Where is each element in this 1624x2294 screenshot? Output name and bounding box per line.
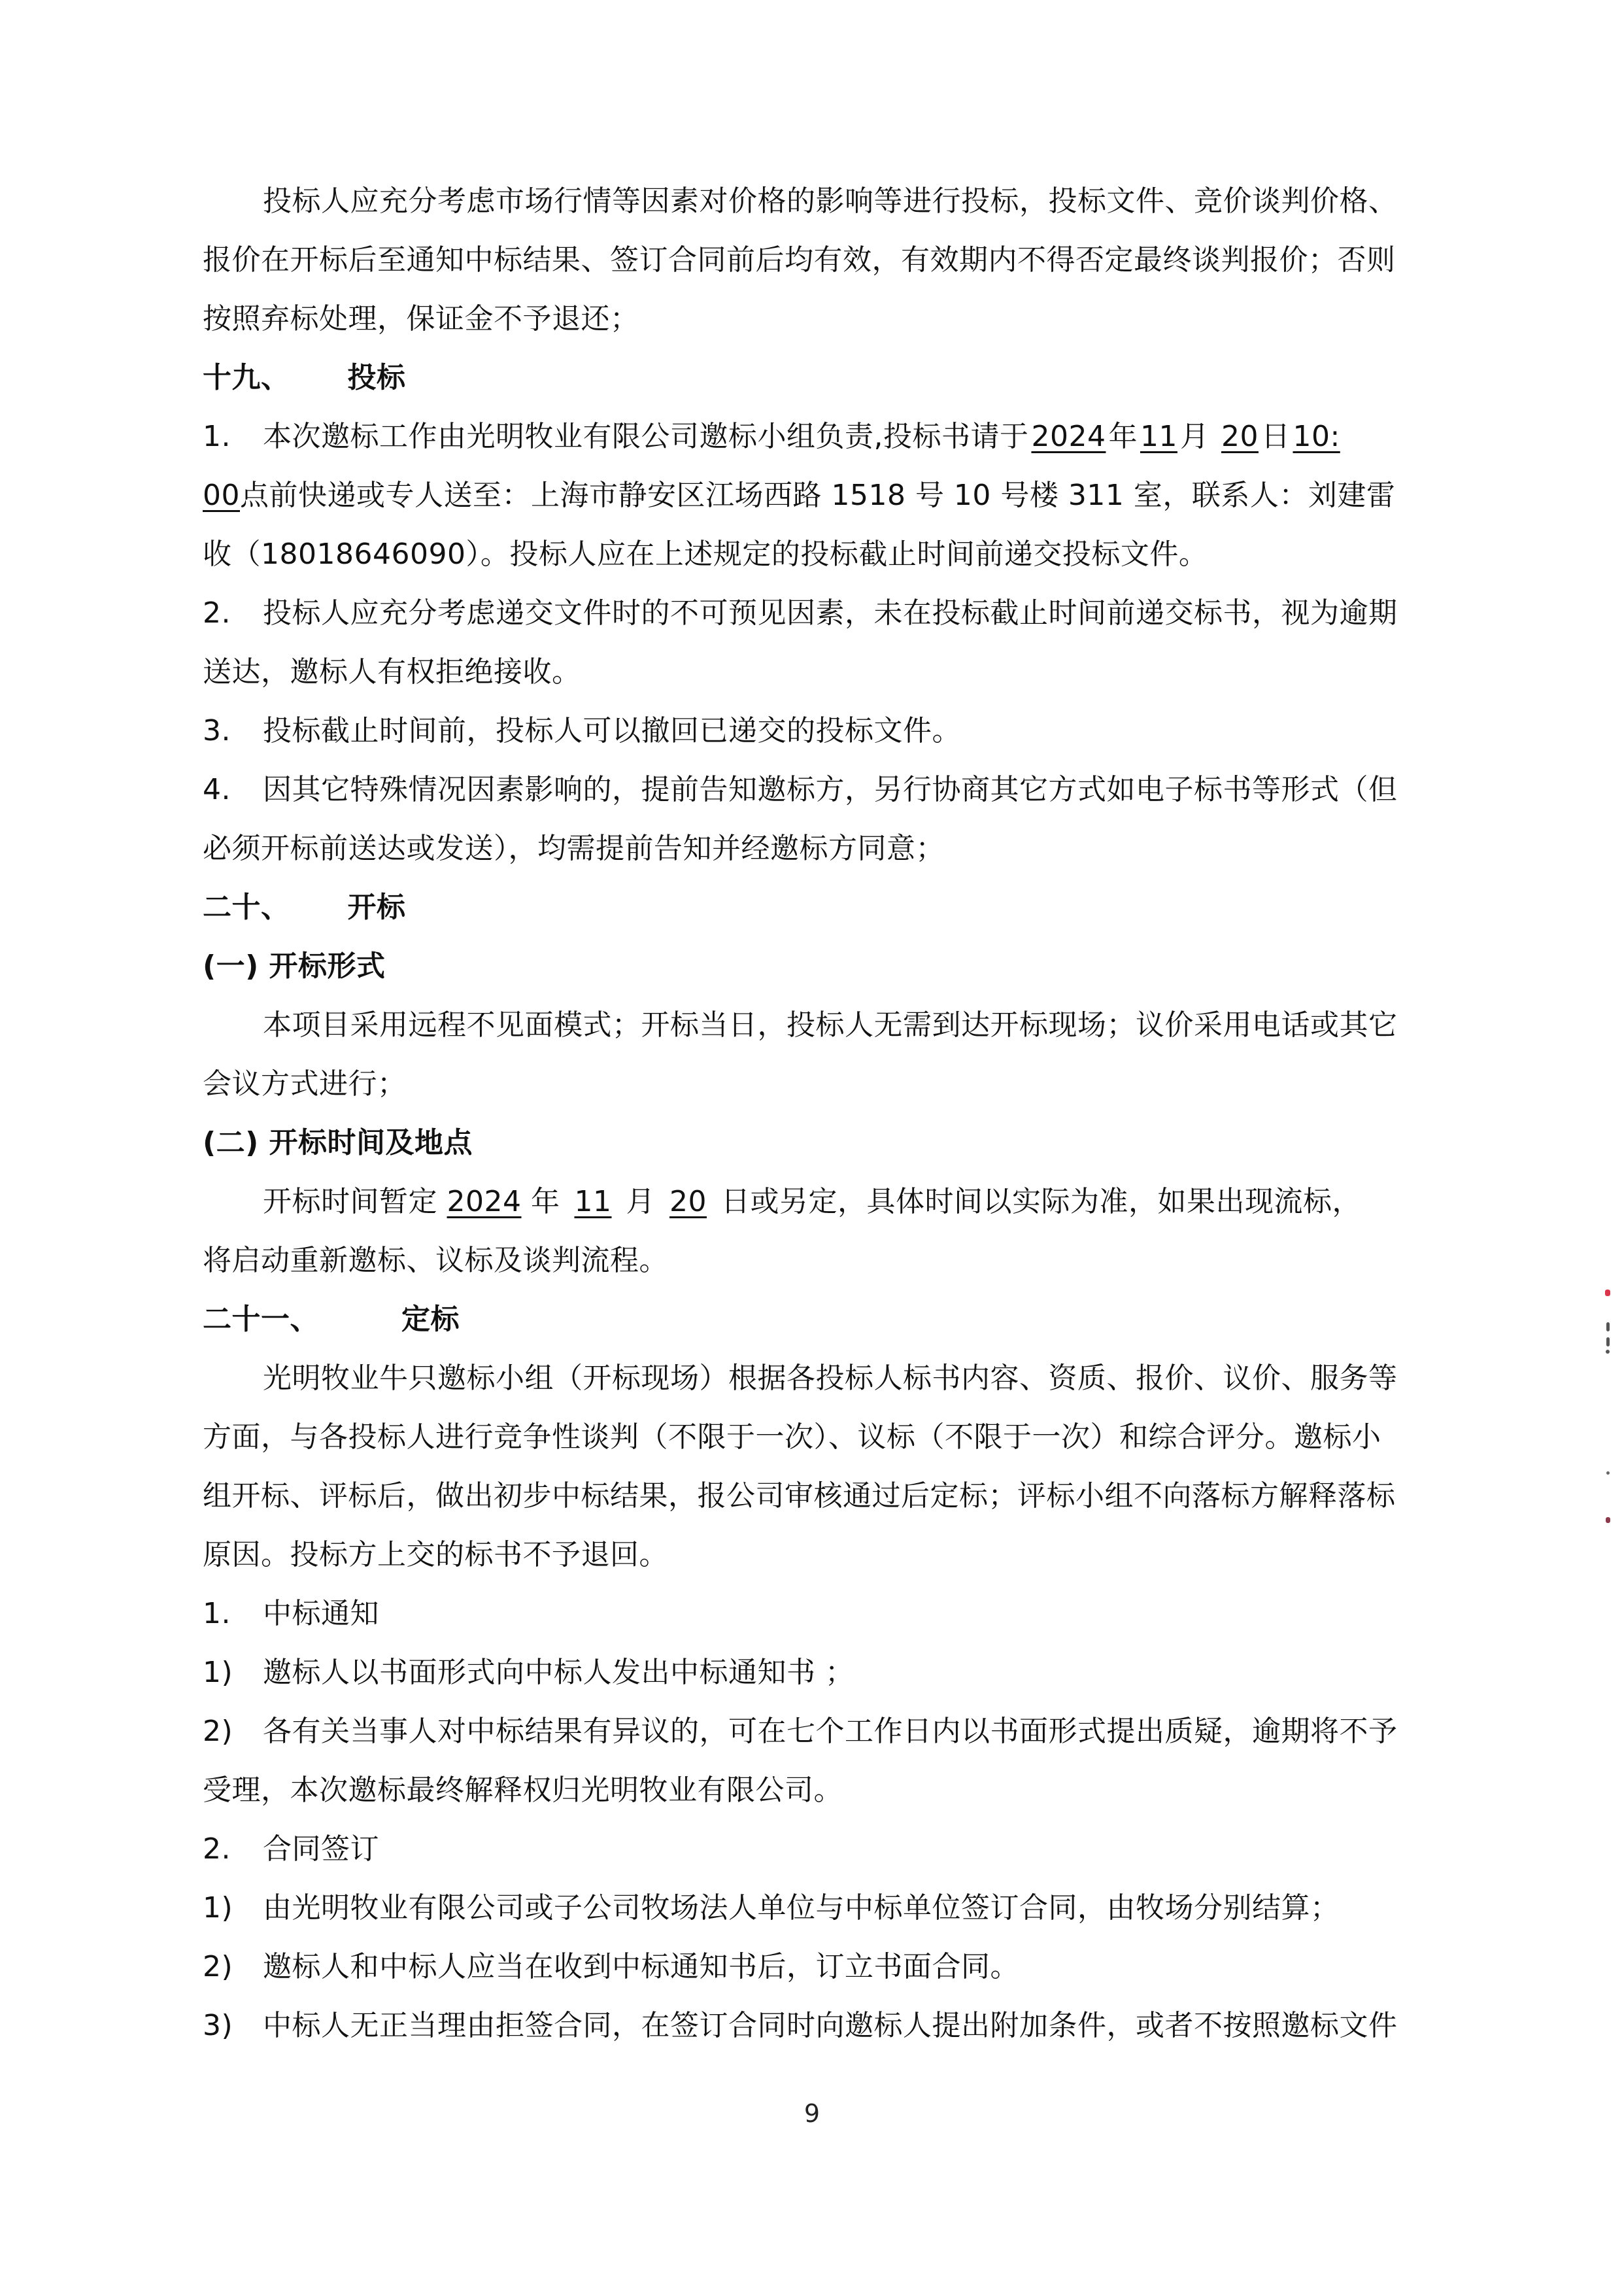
intro-line-3: 按照弃标处理，保证金不予退还； <box>203 300 639 339</box>
seal-mark-icon <box>1606 1322 1610 1331</box>
seal-mark-icon <box>1606 1517 1610 1523</box>
s19-item-2-line-1: 2.投标人应充分考虑递交文件时的不可预见因素，未在投标截止时间前递交标书，视为逾… <box>203 594 1398 633</box>
section-19-heading: 十九、投标 <box>203 358 406 398</box>
s19-item-1-line-3: 收（18018646090）。投标人应在上述规定的投标截止时间前递交投标文件。 <box>203 535 1208 574</box>
deadline-day: 20 <box>1219 420 1261 453</box>
deadline-month: 11 <box>1138 420 1180 453</box>
seal-mark-icon <box>1606 1350 1610 1354</box>
section-20-sub2-line-1: 开标时间暂定 2024 年11月20日或另定，具体时间以实际为准，如果出现流标， <box>203 1182 1361 1222</box>
s21-para-line-3: 组开标、评标后，做出初步中标结果，报公司审核通过后定标；评标小组不向落标方解释落… <box>203 1477 1396 1516</box>
s19-item-3: 3.投标截止时间前，投标人可以撤回已递交的投标文件。 <box>203 711 961 751</box>
section-20-heading: 二十、开标 <box>203 888 406 927</box>
s21-sub2-title: 2.合同签订 <box>203 1830 379 1869</box>
s21-sub1-item-2-line-1: 2)各有关当事人对中标结果有异议的，可在七个工作日内以书面形式提出质疑，逾期将不… <box>203 1712 1398 1751</box>
s21-sub1-item-2-line-2: 受理，本次邀标最终解释权归光明牧业有限公司。 <box>203 1771 843 1810</box>
section-20-sub1-line-1: 本项目采用远程不见面模式；开标当日，投标人无需到达开标现场；议价采用电话或其它 <box>203 1006 1398 1045</box>
section-19-title: 投标 <box>348 361 406 394</box>
s21-para-line-1: 光明牧业牛只邀标小组（开标现场）根据各投标人标书内容、资质、报价、议价、服务等 <box>203 1359 1398 1398</box>
opening-day: 20 <box>655 1185 721 1218</box>
page-number: 9 <box>0 2099 1624 2128</box>
s21-para-line-2: 方面，与各投标人进行竞争性谈判（不限于一次）、议标（不限于一次）和综合评分。邀标… <box>203 1418 1381 1457</box>
deadline-minute: 00 <box>203 479 240 512</box>
section-20-sub2-line-2: 将启动重新邀标、议标及谈判流程。 <box>203 1241 668 1280</box>
s19-item-1-line-2: 00点前快递或专人送至：上海市静安区江场西路 1518 号 10 号楼 311 … <box>203 476 1395 515</box>
intro-line-2: 报价在开标后至通知中标结果、签订合同前后均有效，有效期内不得否定最终谈判报价；否… <box>203 241 1396 280</box>
s19-item-2-line-2: 送达，邀标人有权拒绝接收。 <box>203 653 581 692</box>
deadline-year: 2024 <box>1028 420 1108 453</box>
s21-sub2-item-2: 2)邀标人和中标人应当在收到中标通知书后，订立书面合同。 <box>203 1947 1019 1987</box>
s21-sub2-item-3: 3)中标人无正当理由拒签合同，在签订合同时向邀标人提出附加条件，或者不按照邀标文… <box>203 2006 1398 2046</box>
s21-sub2-item-1: 1)由光明牧业有限公司或子公司牧场法人单位与中标单位签订合同，由牧场分别结算； <box>203 1889 1340 1928</box>
seal-mark-icon <box>1606 1471 1610 1475</box>
section-20-sub2-title: (二) 开标时间及地点 <box>203 1123 473 1163</box>
s19-item-1-line-1: 1.本次邀标工作由光明牧业有限公司邀标小组负责,投标书请于2024年11月 20… <box>203 417 1343 456</box>
opening-year: 2024 <box>447 1185 522 1218</box>
section-19-number: 十九、 <box>203 361 290 394</box>
s21-sub1-item-1: 1)邀标人以书面形式向中标人发出中标通知书 ； <box>203 1653 854 1692</box>
s21-para-line-4: 原因。投标方上交的标书不予退回。 <box>203 1535 668 1575</box>
section-20-sub1-line-2: 会议方式进行； <box>203 1065 407 1104</box>
deadline-hour: 10: <box>1290 420 1342 453</box>
section-21-heading: 二十一、定标 <box>203 1300 460 1339</box>
s19-item-4-line-2: 必须开标前送达或发送），均需提前告知并经邀标方同意； <box>203 829 945 868</box>
s21-sub1-title: 1.中标通知 <box>203 1594 379 1634</box>
seal-mark-icon <box>1606 1337 1610 1346</box>
opening-month: 11 <box>560 1185 626 1218</box>
section-20-sub1-title: (一) 开标形式 <box>203 947 386 986</box>
s19-item-4-line-1: 4.因其它特殊情况因素影响的，提前告知邀标方，另行协商其它方式如电子标书等形式（… <box>203 770 1398 810</box>
intro-line-1: 投标人应充分考虑市场行情等因素对价格的影响等进行投标，投标文件、竞价谈判价格、 <box>203 182 1398 221</box>
seal-mark-icon <box>1605 1290 1610 1296</box>
